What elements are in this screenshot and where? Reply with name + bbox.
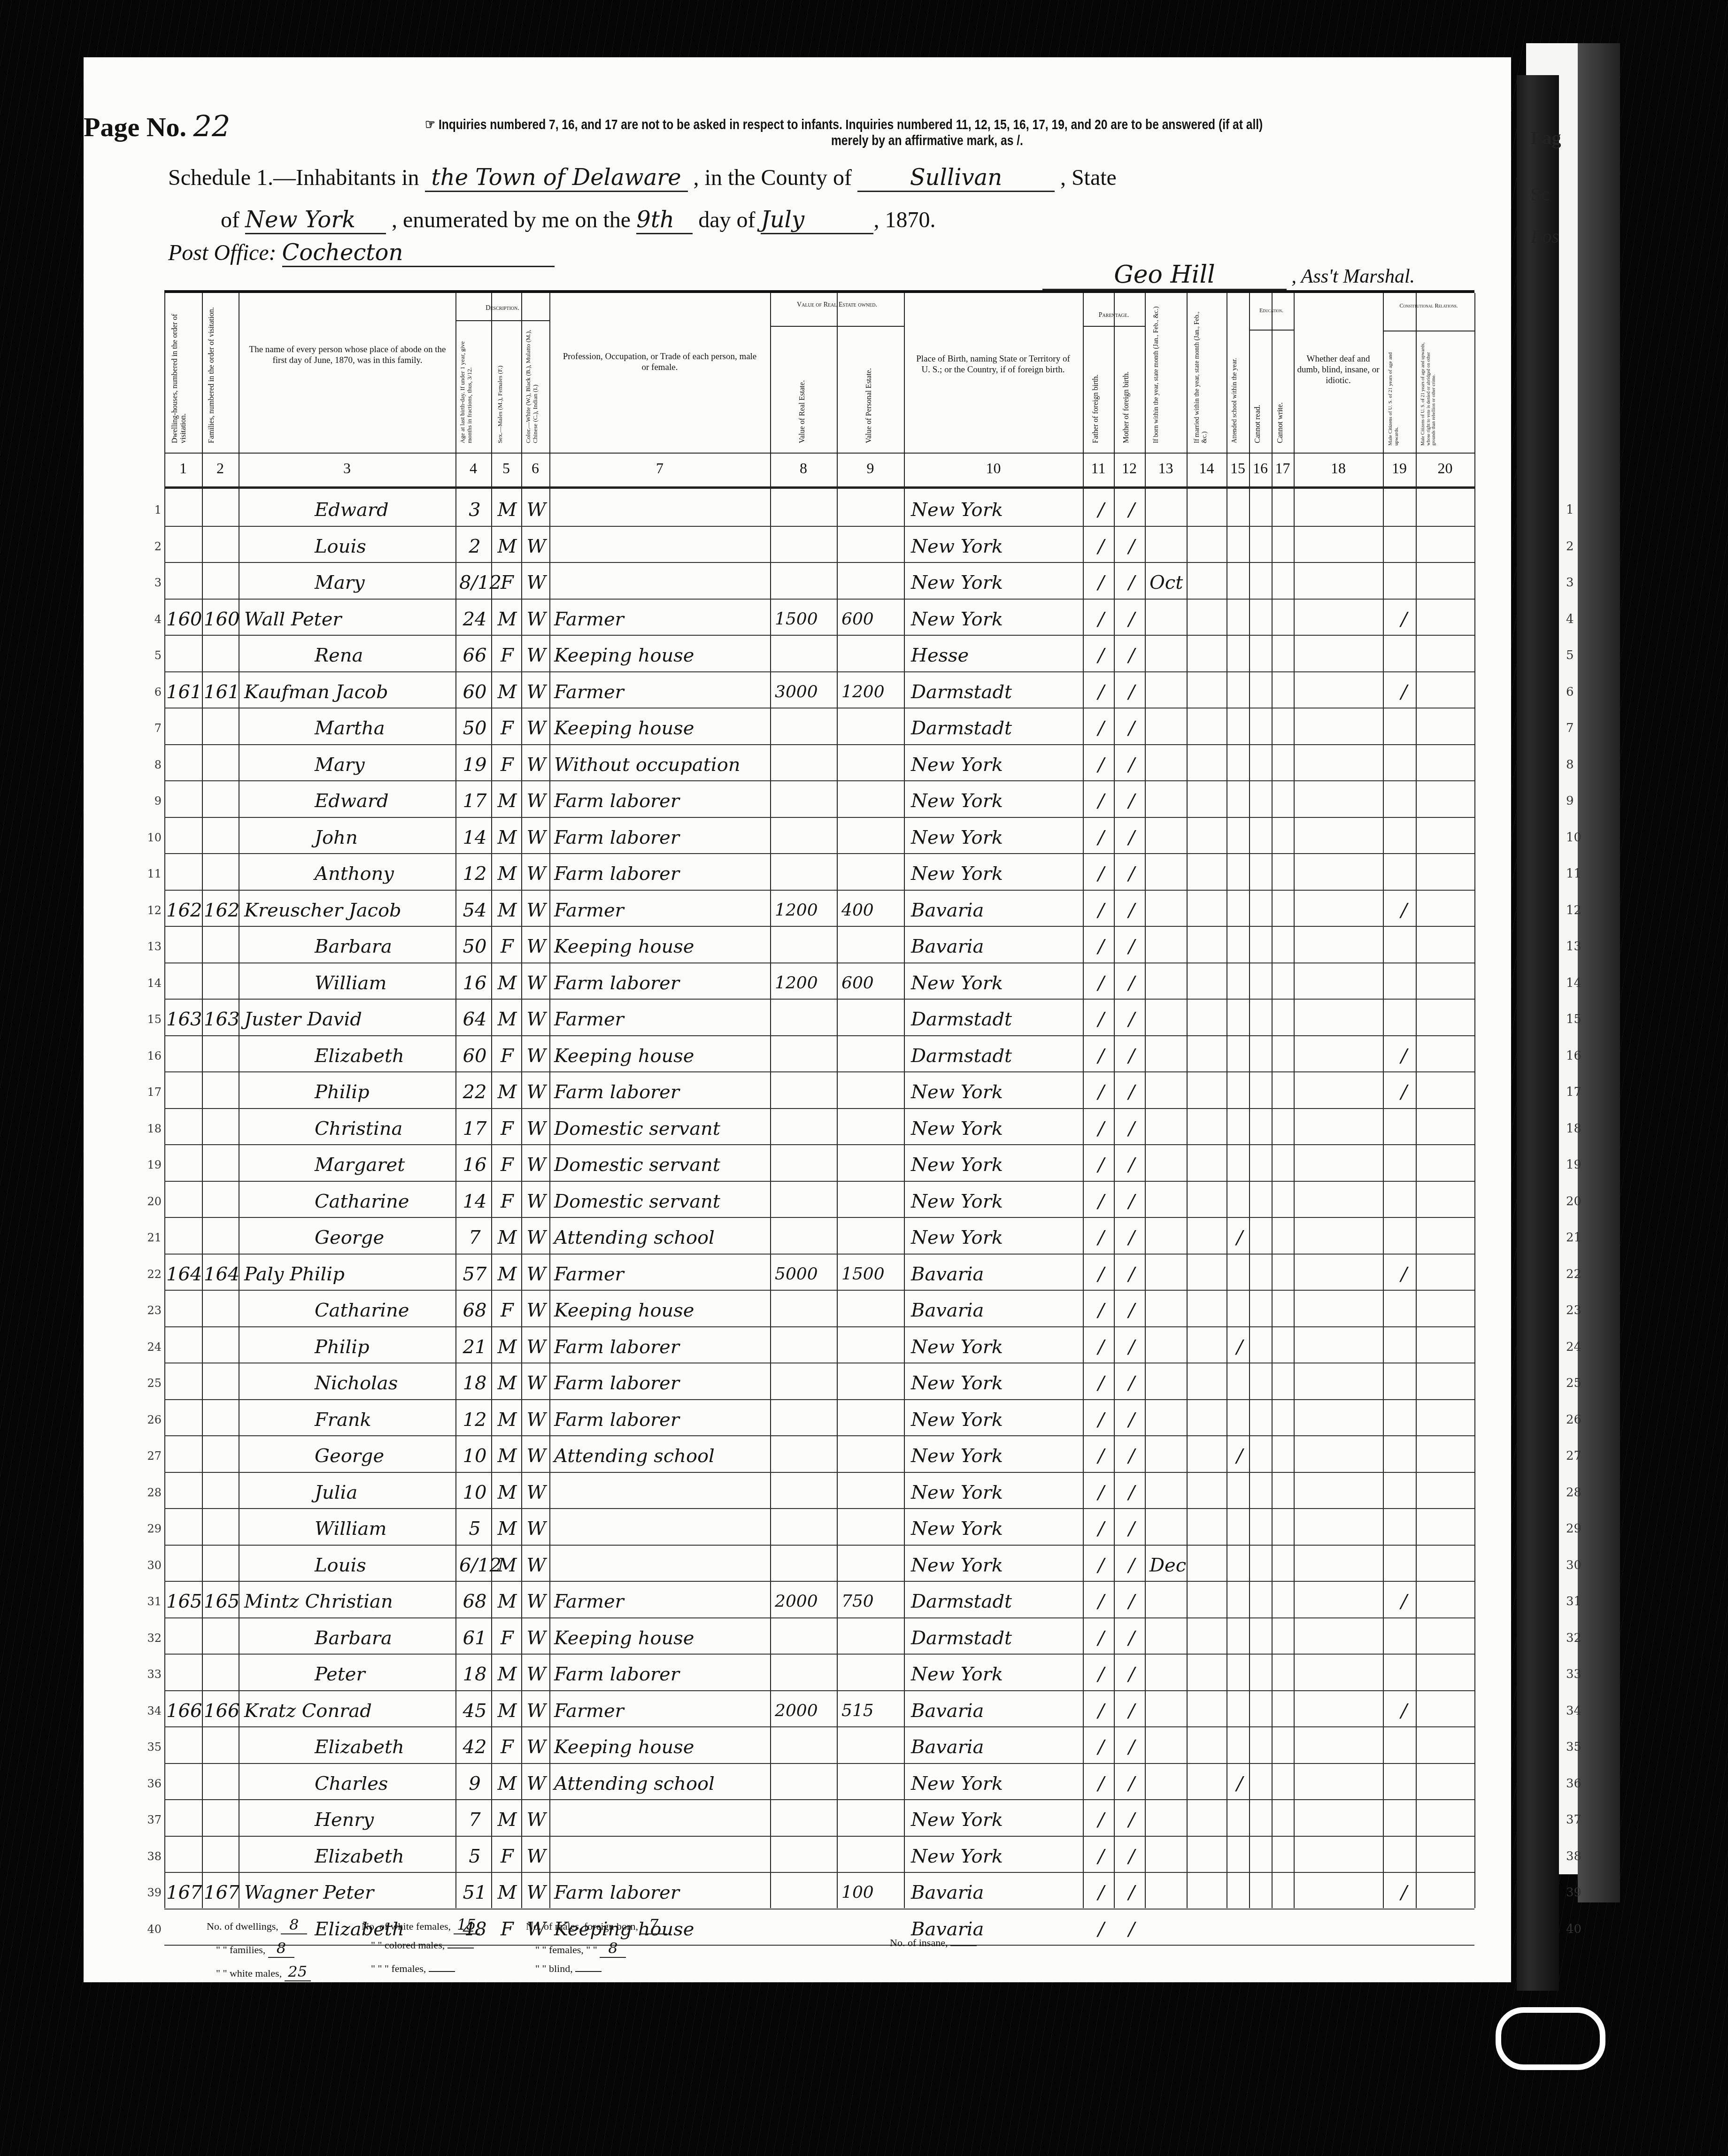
family-number (204, 563, 237, 598)
occupation: Domestic servant (554, 1182, 765, 1217)
male-citizen-mark: / (1392, 891, 1416, 926)
dwelling-number (166, 1036, 199, 1071)
personal-estate-value (841, 818, 902, 853)
line-number: 32 (145, 1618, 162, 1658)
personal-estate-value (841, 1291, 902, 1326)
family-number: 164 (204, 1255, 237, 1290)
male-citizen-mark (1392, 636, 1416, 671)
color: W (524, 1182, 548, 1217)
table-row: 31165165Mintz Christian68MWFarmer2000750… (164, 1582, 1474, 1618)
male-citizen-mark (1392, 1910, 1416, 1945)
sex: M (494, 1873, 520, 1908)
family-number (204, 854, 237, 889)
attended-school-mark (1231, 963, 1248, 999)
place-of-birth: New York (911, 1109, 1080, 1144)
real-estate-value: 2000 (775, 1691, 835, 1726)
male-citizen-mark (1392, 1618, 1416, 1654)
male-citizen-mark (1392, 1655, 1416, 1690)
real-estate-value: 2000 (775, 1582, 835, 1617)
right-line-number: 13 (1566, 927, 1589, 966)
table-row: 4160160Wall Peter24MWFarmer1500600New Yo… (164, 600, 1474, 636)
father-foreign-mark: / (1092, 636, 1111, 671)
line-number: 18 (145, 1109, 162, 1148)
mother-foreign-mark: / (1122, 1145, 1141, 1180)
constitutional-group-header: Constitutional Relations. (1383, 302, 1474, 309)
attended-school-mark (1231, 1546, 1248, 1581)
father-foreign-mark: / (1092, 1036, 1111, 1071)
dwelling-number (166, 1509, 199, 1544)
birth-month (1149, 1182, 1187, 1217)
male-citizen-mark (1392, 1182, 1416, 1217)
place-of-birth: New York (911, 963, 1080, 999)
sex: M (494, 1800, 520, 1835)
male-citizen-mark (1392, 527, 1416, 562)
col-17-header: Cannot write. (1276, 340, 1285, 443)
male-citizen-mark (1392, 1764, 1416, 1799)
birth-month (1149, 891, 1187, 926)
place-of-birth: New York (911, 745, 1080, 780)
male-citizen-mark (1392, 1291, 1416, 1326)
real-estate-value (775, 745, 835, 780)
right-line-number: 31 (1566, 1582, 1589, 1621)
male-citizen-mark (1392, 1837, 1416, 1872)
occupation (554, 490, 765, 525)
dwelling-number (166, 1291, 199, 1326)
male-citizen-mark (1392, 708, 1416, 744)
attended-school-mark: / (1231, 1436, 1248, 1471)
col-11-header: Father of foreign birth. (1092, 335, 1100, 443)
personal-estate-value (841, 1036, 902, 1071)
birth-month (1149, 1072, 1187, 1108)
state-field: New York (245, 207, 386, 234)
table-row: 38Elizabeth5FWNew York//38 (164, 1837, 1474, 1873)
place-of-birth: Darmstadt (911, 1618, 1080, 1654)
attended-school-mark (1231, 781, 1248, 816)
place-of-birth: New York (911, 600, 1080, 635)
parentage-group-header: Parentage. (1083, 312, 1145, 320)
personal-estate-value: 600 (841, 963, 902, 999)
family-number: 161 (204, 672, 237, 708)
occupation: Keeping house (554, 1727, 765, 1763)
real-estate-value (775, 1291, 835, 1326)
col-5-header: Sex.—Males (M.), Females (F.) (497, 326, 504, 443)
father-foreign-mark: / (1092, 1327, 1111, 1363)
age: 66 (459, 636, 490, 671)
mother-foreign-mark: / (1122, 563, 1141, 598)
table-row: 14William16MWFarm laborer1200600New York… (164, 963, 1474, 1000)
real-estate-value (775, 1837, 835, 1872)
birth-month (1149, 1618, 1187, 1654)
family-number (204, 963, 237, 999)
right-line-number: 22 (1566, 1255, 1589, 1294)
real-estate-value (775, 1800, 835, 1835)
mother-foreign-mark: / (1122, 854, 1141, 889)
father-foreign-mark: / (1092, 1218, 1111, 1253)
col-7-header: Profession, Occupation, or Trade of each… (559, 352, 761, 373)
age: 7 (459, 1800, 490, 1835)
table-row: 36Charles9MWAttending schoolNew York///3… (164, 1764, 1474, 1801)
father-foreign-mark: / (1092, 891, 1111, 926)
right-line-number: 1 (1566, 490, 1589, 530)
age: 21 (459, 1327, 490, 1363)
color: W (524, 927, 548, 962)
personal-estate-value (841, 745, 902, 780)
occupation (554, 1837, 765, 1872)
father-foreign-mark: / (1092, 1291, 1111, 1326)
color: W (524, 1691, 548, 1726)
line-number: 31 (145, 1582, 162, 1621)
col-number: 15 (1227, 460, 1249, 477)
table-row: 19Margaret16FWDomestic servantNew York//… (164, 1145, 1474, 1182)
mother-foreign-mark: / (1122, 1291, 1141, 1326)
family-number (204, 490, 237, 525)
real-estate-value (775, 854, 835, 889)
family-number (204, 818, 237, 853)
mother-foreign-mark: / (1122, 527, 1141, 562)
personal-estate-value (841, 781, 902, 816)
age: 68 (459, 1291, 490, 1326)
occupation: Keeping house (554, 1618, 765, 1654)
mother-foreign-mark: / (1122, 1509, 1141, 1544)
father-foreign-mark: / (1092, 1546, 1111, 1581)
table-row: 17Philip22MWFarm laborerNew York///17 (164, 1072, 1474, 1109)
place-of-birth: New York (911, 1400, 1080, 1435)
male-citizen-mark (1392, 1436, 1416, 1471)
occupation: Domestic servant (554, 1109, 765, 1144)
family-number (204, 1291, 237, 1326)
insane-count-label: No. of insane, (890, 1937, 977, 1949)
dwelling-number (166, 1727, 199, 1763)
male-citizen-mark: / (1392, 1036, 1416, 1071)
right-line-number: 3 (1566, 563, 1589, 602)
male-citizen-mark (1392, 781, 1416, 816)
personal-estate-value (841, 1145, 902, 1180)
education-group-header: Education. (1249, 307, 1294, 314)
family-number (204, 1327, 237, 1363)
col-number: 1 (164, 460, 202, 477)
family-number (204, 1727, 237, 1763)
dwelling-number (166, 781, 199, 816)
line-number: 38 (145, 1837, 162, 1876)
color: W (524, 1509, 548, 1544)
place-of-birth: New York (911, 1764, 1080, 1799)
personal-estate-value (841, 1182, 902, 1217)
table-row: 12162162Kreuscher Jacob54MWFarmer1200400… (164, 891, 1474, 927)
age: 6/12 (459, 1546, 490, 1581)
age: 18 (459, 1655, 490, 1690)
attended-school-mark (1231, 854, 1248, 889)
right-line-number: 35 (1566, 1727, 1589, 1767)
father-foreign-mark: / (1092, 527, 1111, 562)
sex: M (494, 1327, 520, 1363)
right-line-number: 9 (1566, 781, 1589, 821)
occupation: Farm laborer (554, 854, 765, 889)
col-19-header: Male Citizens of U. S. of 21 years of ag… (1388, 338, 1399, 446)
occupation: Farmer (554, 600, 765, 635)
color: W (524, 708, 548, 744)
mother-foreign-mark: / (1122, 600, 1141, 635)
person-name: Juster David (244, 1000, 451, 1035)
place-of-birth: New York (911, 1327, 1080, 1363)
attended-school-mark: / (1231, 1218, 1248, 1253)
color: W (524, 891, 548, 926)
father-foreign-mark: / (1092, 600, 1111, 635)
male-citizen-mark (1392, 1473, 1416, 1508)
occupation (554, 527, 765, 562)
personal-estate-value (841, 1727, 902, 1763)
color: W (524, 636, 548, 671)
dwelling-number (166, 1327, 199, 1363)
inquiry-note: ☞ Inquiries numbered 7, 16, and 17 are n… (425, 116, 1263, 133)
line-number: 29 (145, 1509, 162, 1548)
place-of-birth: New York (911, 1218, 1080, 1253)
col-number: 9 (837, 460, 904, 477)
dwellings-count: 8 (281, 1916, 307, 1934)
person-name: Wagner Peter (244, 1873, 451, 1908)
mother-foreign-mark: / (1122, 1655, 1141, 1690)
age: 8/12 (459, 563, 490, 598)
attended-school-mark (1231, 1837, 1248, 1872)
color: W (524, 1218, 548, 1253)
attended-school-mark (1231, 1691, 1248, 1726)
real-estate-value: 1500 (775, 600, 835, 635)
line-number: 40 (145, 1910, 162, 1949)
birth-month (1149, 1363, 1187, 1399)
line-number: 4 (145, 600, 162, 639)
colored-males-count (447, 1948, 474, 1948)
color: W (524, 1072, 548, 1108)
col-10-header: Place of Birth, naming State or Territor… (911, 354, 1075, 376)
father-foreign-mark: / (1092, 1800, 1111, 1835)
col-number: 4 (455, 460, 491, 477)
real-estate-value (775, 636, 835, 671)
right-line-number: 25 (1566, 1363, 1589, 1403)
age: 10 (459, 1473, 490, 1508)
dwelling-number (166, 1764, 199, 1799)
attended-school-mark (1231, 891, 1248, 926)
line-number: 33 (145, 1655, 162, 1694)
family-number (204, 1036, 237, 1071)
father-foreign-mark: / (1092, 1618, 1111, 1654)
male-citizen-mark (1392, 490, 1416, 525)
occupation (554, 1473, 765, 1508)
mother-foreign-mark: / (1122, 1072, 1141, 1108)
male-citizen-mark: / (1392, 1582, 1416, 1617)
color: W (524, 1000, 548, 1035)
line-number: 1 (145, 490, 162, 530)
dwelling-number: 165 (166, 1582, 199, 1617)
sex: M (494, 1400, 520, 1435)
sex: M (494, 963, 520, 999)
family-number (204, 1546, 237, 1581)
line-number: 34 (145, 1691, 162, 1731)
personal-estate-value: 1500 (841, 1255, 902, 1290)
color: W (524, 1036, 548, 1071)
table-row: 1Edward3MWNew York//1 (164, 490, 1474, 527)
right-line-number: 15 (1566, 1000, 1589, 1039)
color: W (524, 1800, 548, 1835)
real-estate-value (775, 1546, 835, 1581)
table-row: 13Barbara50FWKeeping houseBavaria//13 (164, 927, 1474, 963)
mother-foreign-mark: / (1122, 636, 1141, 671)
col-number: 7 (549, 460, 770, 477)
white-females-count: 15 (454, 1916, 480, 1934)
sex: M (494, 781, 520, 816)
birth-month (1149, 1837, 1187, 1872)
table-row: 35Elizabeth42FWKeeping houseBavaria//35 (164, 1727, 1474, 1764)
dwelling-number (166, 1109, 199, 1144)
sex: M (494, 1000, 520, 1035)
place-of-birth: New York (911, 781, 1080, 816)
personal-estate-value: 400 (841, 891, 902, 926)
personal-estate-value (841, 1655, 902, 1690)
col-9-header: Value of Personal Estate. (865, 340, 873, 443)
personal-estate-value (841, 490, 902, 525)
male-citizen-mark (1392, 854, 1416, 889)
real-estate-value: 1200 (775, 891, 835, 926)
table-row: 9Edward17MWFarm laborerNew York//9 (164, 781, 1474, 818)
table-row: 24Philip21MWFarm laborerNew York///24 (164, 1327, 1474, 1364)
place-of-birth: Darmstadt (911, 708, 1080, 744)
personal-estate-value (841, 1837, 902, 1872)
dwelling-number (166, 1182, 199, 1217)
family-number (204, 708, 237, 744)
marshal-line: Geo Hill , Ass't Marshal. (1042, 261, 1415, 290)
dwelling-number (166, 1546, 199, 1581)
occupation: Farm laborer (554, 1327, 765, 1363)
age: 9 (459, 1764, 490, 1799)
col-12-header: Mother of foreign birth. (1122, 335, 1131, 443)
month-field: July (761, 207, 873, 234)
personal-estate-value (841, 1473, 902, 1508)
father-foreign-mark: / (1092, 781, 1111, 816)
occupation: Keeping house (554, 1291, 765, 1326)
line-number: 24 (145, 1327, 162, 1367)
family-number (204, 1109, 237, 1144)
age: 14 (459, 818, 490, 853)
birth-month (1149, 1873, 1187, 1908)
right-line-number: 26 (1566, 1400, 1589, 1440)
personal-estate-value (841, 563, 902, 598)
table-row: 6161161Kaufman Jacob60MWFarmer30001200Da… (164, 672, 1474, 709)
line-number: 15 (145, 1000, 162, 1039)
line-number: 23 (145, 1291, 162, 1330)
birth-month (1149, 1400, 1187, 1435)
male-citizen-mark (1392, 963, 1416, 999)
place-of-birth: New York (911, 1546, 1080, 1581)
table-row: 20Catharine14FWDomestic servantNew York/… (164, 1182, 1474, 1218)
family-number: 163 (204, 1000, 237, 1035)
personal-estate-value (841, 1546, 902, 1581)
sex: M (494, 1218, 520, 1253)
occupation: Attending school (554, 1764, 765, 1799)
personal-estate-value (841, 1436, 902, 1471)
attended-school-mark (1231, 1400, 1248, 1435)
father-foreign-mark: / (1092, 818, 1111, 853)
sex: F (494, 927, 520, 962)
occupation: Keeping house (554, 708, 765, 744)
dwelling-number (166, 927, 199, 962)
real-estate-value (775, 781, 835, 816)
real-estate-value (775, 1436, 835, 1471)
person-name: Kratz Conrad (244, 1691, 451, 1726)
occupation: Without occupation (554, 745, 765, 780)
age: 42 (459, 1727, 490, 1763)
mother-foreign-mark: / (1122, 1473, 1141, 1508)
real-estate-value (775, 1727, 835, 1763)
occupation: Domestic servant (554, 1145, 765, 1180)
age: 60 (459, 1036, 490, 1071)
age: 10 (459, 1436, 490, 1471)
right-line-number: 38 (1566, 1837, 1589, 1876)
real-estate-value (775, 1218, 835, 1253)
place-of-birth: New York (911, 854, 1080, 889)
county-field: Sullivan (857, 164, 1055, 192)
dwelling-number (166, 1145, 199, 1180)
age: 57 (459, 1255, 490, 1290)
col-number: 5 (491, 460, 521, 477)
father-foreign-mark: / (1092, 1691, 1111, 1726)
blind-count (575, 1971, 602, 1972)
schedule-line: Schedule 1.—Inhabitants in the Town of D… (168, 164, 1117, 192)
color: W (524, 1363, 548, 1399)
family-number (204, 1837, 237, 1872)
sex: M (494, 1072, 520, 1108)
family-number (204, 1800, 237, 1835)
color: W (524, 1837, 548, 1872)
attended-school-mark (1231, 1072, 1248, 1108)
real-estate-value (775, 1509, 835, 1544)
occupation: Farm laborer (554, 1655, 765, 1690)
birth-month (1149, 490, 1187, 525)
dwelling-number (166, 1473, 199, 1508)
right-line-number: 14 (1566, 963, 1589, 1003)
personal-estate-value (841, 1327, 902, 1363)
birth-month (1149, 527, 1187, 562)
personal-estate-value (841, 1509, 902, 1544)
right-line-number: 34 (1566, 1691, 1589, 1731)
place-of-birth: New York (911, 1072, 1080, 1108)
sex: M (494, 527, 520, 562)
dwelling-number (166, 1910, 199, 1945)
line-number: 12 (145, 891, 162, 930)
attended-school-mark (1231, 636, 1248, 671)
col-number: 16 (1249, 460, 1272, 477)
mother-foreign-mark: / (1122, 1400, 1141, 1435)
day-field: 9th (636, 207, 693, 234)
mother-foreign-mark: / (1122, 1182, 1141, 1217)
right-line-number: 21 (1566, 1218, 1589, 1257)
attended-school-mark (1231, 745, 1248, 780)
col-number: 13 (1145, 460, 1187, 477)
right-line-number: 17 (1566, 1072, 1589, 1112)
table-row: 18Christina17FWDomestic servantNew York/… (164, 1109, 1474, 1146)
real-estate-value: 3000 (775, 672, 835, 708)
mother-foreign-mark: / (1122, 1582, 1141, 1617)
mother-foreign-mark: / (1122, 1218, 1141, 1253)
male-citizen-mark (1392, 1327, 1416, 1363)
birth-month (1149, 1145, 1187, 1180)
birth-month (1149, 1582, 1187, 1617)
attended-school-mark (1231, 563, 1248, 598)
personal-estate-value (841, 1618, 902, 1654)
dwelling-number (166, 1218, 199, 1253)
attended-school-mark (1231, 1000, 1248, 1035)
place-of-birth: New York (911, 1800, 1080, 1835)
locality-field: the Town of Delaware (425, 164, 688, 192)
person-name: Paly Philip (244, 1255, 451, 1290)
occupation: Farmer (554, 1000, 765, 1035)
